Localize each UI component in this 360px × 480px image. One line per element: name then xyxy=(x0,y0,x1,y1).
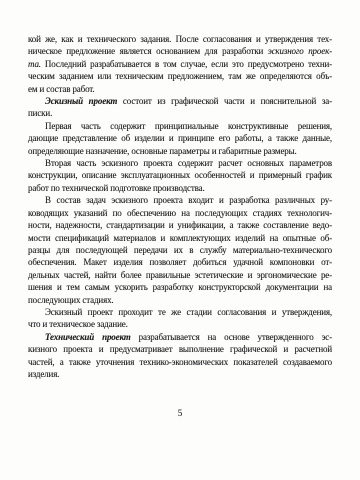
text-line: мости спецификаций материалов и комплект… xyxy=(28,232,332,244)
text-segment: эскизного проек- xyxy=(268,46,332,56)
text-line: ководящих указаний по обеспечению на пос… xyxy=(28,207,332,219)
text-segment: ническое предложение является основанием… xyxy=(28,46,268,56)
text-line: разцы для последующей передачи их в служ… xyxy=(28,244,332,256)
text-line: Эскизный проект проходит те же стадии со… xyxy=(28,306,332,318)
text-segment: разцы для последующей передачи их в служ… xyxy=(28,245,332,255)
text-line: Вторая часть эскизного проекта содержит … xyxy=(28,157,332,169)
text-line: ческим заданием или техническим предложе… xyxy=(28,70,332,82)
text-segment: Последний разрабатывается в том случае, … xyxy=(41,59,332,69)
text-lines: кой же, как и технического задания. Посл… xyxy=(28,33,332,380)
text-segment: шения и тем самым ускорить разработку ко… xyxy=(28,282,332,292)
text-segment: изделия. xyxy=(28,369,59,379)
text-line: писки. xyxy=(28,107,332,119)
text-line: В состав задач эскизного проекта входит … xyxy=(28,194,332,206)
page-number: 5 xyxy=(0,408,360,418)
text-segment: последующих стадиях. xyxy=(28,295,114,305)
text-line: дающие представление об изделии и принци… xyxy=(28,132,332,144)
text-segment: ководящих указаний по обеспечению на пос… xyxy=(28,208,332,218)
text-segment: ности, надежности, стандартизации и униф… xyxy=(28,220,332,230)
text-segment: Эскизный проект проходит те же стадии со… xyxy=(45,307,332,317)
text-segment: В состав задач эскизного проекта входит … xyxy=(45,195,332,205)
term-emphasis: Эскизный проект xyxy=(45,96,117,106)
text-line: Технический проект разрабатывается на ос… xyxy=(28,331,332,343)
text-line: ем и состав работ. xyxy=(28,83,332,95)
text-segment: разрабатывается на основе утвержденного … xyxy=(131,332,332,342)
text-segment: частей, а также уточнения технико-эконом… xyxy=(28,357,332,367)
text-line: определяющие назначение, основные параме… xyxy=(28,145,332,157)
text-line: изделия. xyxy=(28,368,332,380)
text-segment: кой же, как и технического задания. Посл… xyxy=(28,34,332,44)
text-line: шения и тем самым ускорить разработку ко… xyxy=(28,281,332,293)
text-segment: состоит из графической части и пояснител… xyxy=(117,96,332,106)
text-line: конструкции, описание эксплуатационных о… xyxy=(28,169,332,181)
text-segment: конструкции, описание эксплуатационных о… xyxy=(28,170,332,180)
text-line: частей, а также уточнения технико-эконом… xyxy=(28,356,332,368)
text-segment: ческим заданием или техническим предложе… xyxy=(28,71,332,81)
text-segment: Вторая часть эскизного проекта содержит … xyxy=(45,158,332,168)
text-segment: работ по технической подготовке производ… xyxy=(28,183,205,193)
text-line: последующих стадиях. xyxy=(28,294,332,306)
text-segment: что и техническое задание. xyxy=(28,319,128,329)
term-emphasis: Технический проект xyxy=(45,332,131,342)
text-line: ности, надежности, стандартизации и униф… xyxy=(28,219,332,231)
text-segment: обеспечения. Макет изделия позволяет доб… xyxy=(28,257,332,267)
text-line: обеспечения. Макет изделия позволяет доб… xyxy=(28,256,332,268)
text-segment: кизного проекта и предусматривает выполн… xyxy=(28,344,332,354)
text-segment: та. xyxy=(28,59,41,69)
text-segment: Первая часть содержит принципиальные кон… xyxy=(45,121,332,131)
text-line: работ по технической подготовке производ… xyxy=(28,182,332,194)
text-segment: ем и состав работ. xyxy=(28,84,95,94)
text-line: та. Последний разрабатывается в том случ… xyxy=(28,58,332,70)
text-line: Первая часть содержит принципиальные кон… xyxy=(28,120,332,132)
text-segment: писки. xyxy=(28,108,52,118)
text-segment: дающие представление об изделии и принци… xyxy=(28,133,332,143)
text-segment: мости спецификаций материалов и комплект… xyxy=(28,233,332,243)
text-line: ническое предложение является основанием… xyxy=(28,45,332,57)
document-page: кой же, как и технического задания. Посл… xyxy=(0,0,360,480)
text-segment: дельных частей, найти более правильные э… xyxy=(28,270,332,280)
text-line: дельных частей, найти более правильные э… xyxy=(28,269,332,281)
text-line: что и техническое задание. xyxy=(28,318,332,330)
text-segment: определяющие назначение, основные параме… xyxy=(28,146,297,156)
text-line: Эскизный проект состоит из графической ч… xyxy=(28,95,332,107)
text-line: кизного проекта и предусматривает выполн… xyxy=(28,343,332,355)
text-line: кой же, как и технического задания. Посл… xyxy=(28,33,332,45)
